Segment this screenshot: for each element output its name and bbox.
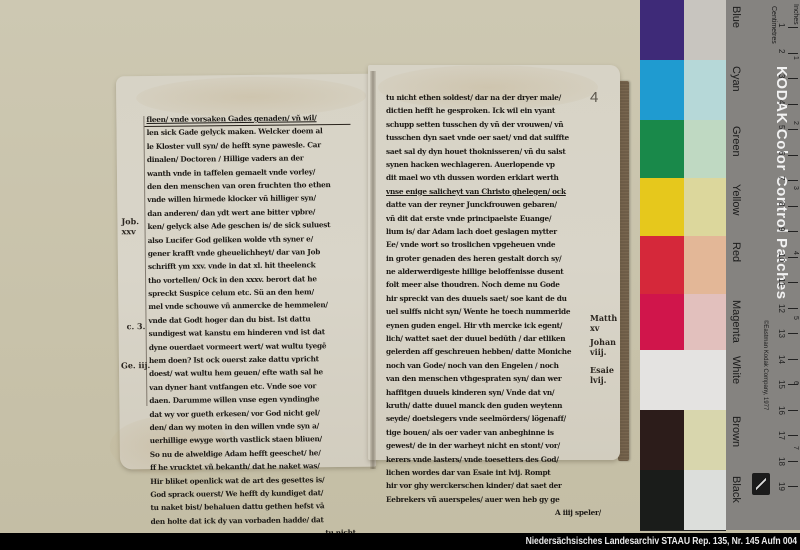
cm-tick-label: 7	[777, 176, 786, 180]
text-line: gewest/ de in der warheyt nicht en stont…	[386, 439, 601, 452]
patch-label-green: Green	[730, 126, 742, 157]
text-line: A iiij speler/	[386, 506, 601, 519]
color-patch-cyan-light	[684, 60, 726, 121]
kodak-color-control-patches: KODAK Color Control Patches ©Eastman Kod…	[640, 0, 800, 533]
text-line: Eebrekers vñ auerspeles/ auer wen heb gy…	[386, 493, 601, 506]
text-line: ken/ gelyck alse Ade geschen is/ de sick…	[147, 218, 352, 234]
text-line: den den menschen van oren fruchten tho e…	[147, 178, 352, 194]
margin-note-job: Job. xxv	[121, 216, 139, 236]
patch-label-black: Black	[730, 476, 742, 503]
patch-label-red: Red	[730, 242, 742, 262]
margin-note-genesis: Ge. iij.	[121, 360, 150, 370]
kodak-copyright: ©Eastman Kodak Company, 1977	[762, 320, 768, 410]
text-line: van den menschen vthgespraten syn/ dan w…	[386, 372, 601, 385]
cm-tick-label: 19	[777, 482, 786, 491]
cm-tick-label: 4	[777, 100, 786, 104]
color-patch-brown-dark	[640, 410, 684, 471]
cm-tick	[788, 78, 798, 79]
inch-tick-label: 7	[792, 446, 799, 450]
text-line: lichen wordes dar van Esaie int lvij. Ro…	[386, 466, 601, 479]
cm-tick	[788, 410, 798, 411]
cm-tick	[788, 27, 798, 28]
patch-label-blue: Blue	[730, 6, 742, 28]
cm-tick	[788, 129, 798, 130]
color-patch-white-light	[684, 350, 726, 411]
cm-tick	[788, 282, 798, 283]
inch-tick-label: 2	[792, 121, 799, 125]
text-line: ne alderwerdigeste hillige beloffenisse …	[386, 265, 601, 278]
text-line: synen hacken wechlageren. Auerlopende vp	[386, 158, 601, 171]
cm-tick-label: 18	[777, 457, 786, 466]
margin-note-sub: viij.	[590, 347, 616, 357]
cm-tick	[788, 155, 798, 156]
margin-note-sub: xv	[590, 323, 617, 333]
color-patch-white-dark	[640, 350, 684, 411]
patch-label-brown: Brown	[730, 416, 742, 447]
cm-tick-label: 6	[777, 151, 786, 155]
color-patch-black-light	[684, 470, 726, 531]
inch-tick-label: 1	[792, 56, 799, 60]
text-line: haffitgen duuels kinderen syn/ Vnde dat …	[386, 386, 601, 399]
text-line: dyne ouerdaet vormeert wert/ wat wultu t…	[149, 339, 354, 355]
archive-caption: Niedersächsisches Landesarchiv STAAU Rep…	[526, 535, 797, 547]
margin-note-esaie: Esaie lvij.	[590, 365, 614, 385]
text-line: hir vor ghy werckerschen kinder/ dat sae…	[386, 479, 601, 492]
cm-tick	[788, 257, 798, 258]
text-line: datte van der reyner Junckfrouwen gebare…	[386, 198, 601, 211]
inch-tick-label: 5	[792, 316, 799, 320]
cm-tick-label: 8	[777, 202, 786, 206]
text-line: folt meer alse thoudren. Noch deme nu Go…	[386, 278, 601, 291]
margin-note-sub: xxv	[122, 226, 140, 236]
text-line: vnse enige salicheyt van Christo ghelege…	[386, 185, 601, 198]
color-patch-brown-light	[684, 410, 726, 471]
inch-tick-label: 3	[792, 186, 799, 190]
text-line: in groter genaden des heren gestalt dorc…	[386, 252, 601, 265]
margin-note-text: Johan	[590, 337, 616, 347]
cm-tick	[788, 486, 798, 487]
cm-tick	[788, 359, 798, 360]
left-page-text: fleen/ vnde vorsaken Gades genaden/ vñ w…	[146, 111, 355, 542]
color-patch-blue-light	[684, 0, 726, 61]
text-line: noch van Gode/ noch van den Engelen / no…	[386, 359, 601, 372]
color-patch-red-dark	[640, 236, 684, 295]
cm-tick	[788, 435, 798, 436]
cm-tick-label: 14	[777, 355, 786, 364]
cm-tick-label: 13	[777, 329, 786, 338]
centimetres-label: Centimetres	[770, 6, 777, 44]
text-line: kerers vnde lasters/ vnde toesetters des…	[386, 453, 601, 466]
margin-note-text: c. 3.	[127, 321, 146, 331]
text-line: kruth/ datte duuel manck den guden weyte…	[386, 399, 601, 412]
inches-label: Inches	[792, 4, 799, 25]
text-line: uel sulffs nicht syn/ Wente he toech num…	[386, 305, 601, 318]
patch-label-yellow: Yellow	[730, 184, 742, 215]
margin-note-c3: c. 3.	[127, 321, 146, 331]
archive-footer-bar: Niedersächsisches Landesarchiv STAAU Rep…	[0, 533, 800, 550]
text-line: dictien hefft he gesproken. Ick wil ein …	[386, 104, 601, 117]
margin-note-text: Esaie	[590, 365, 614, 375]
color-patch-blue-dark	[640, 0, 684, 61]
patch-label-magenta: Magenta	[730, 300, 742, 343]
margin-note-text: Matth	[590, 313, 617, 323]
cm-tick	[788, 333, 798, 334]
kodak-logo-icon	[752, 473, 770, 495]
color-patch-yellow-light	[684, 178, 726, 237]
cm-tick	[788, 231, 798, 232]
cm-tick	[788, 461, 798, 462]
cm-tick-label: 16	[777, 406, 786, 415]
text-line: eynen guden engel. Hir vth mercke ick eg…	[386, 319, 601, 332]
cm-tick-label: 9	[777, 227, 786, 231]
open-book: fleen/ vnde vorsaken Gades genaden/ vñ w…	[118, 65, 628, 470]
color-patch-black-dark	[640, 470, 684, 531]
cm-tick-label: 2	[777, 49, 786, 53]
left-page: fleen/ vnde vorsaken Gades genaden/ vñ w…	[116, 74, 376, 470]
color-patch-magenta-light	[684, 294, 726, 351]
cm-tick-label: 11	[777, 278, 786, 286]
cm-tick-label: 5	[777, 125, 786, 129]
text-line: mel vnde schouwe vñ anmercke de hemmelen…	[148, 298, 353, 314]
text-line: dit mael wo vth dussen worden erklart we…	[386, 171, 601, 184]
text-line: lich/ wattet saet der duuel bedūth / dar…	[386, 332, 601, 345]
text-line: vñ dit dat erste vnde principaelste Euan…	[386, 212, 601, 225]
margin-note-johan: Johan viij.	[590, 337, 616, 357]
text-line: tige bouen/ als oer vader van anbeghinne…	[386, 426, 601, 439]
cm-tick-label: 15	[777, 380, 786, 389]
color-patch-green-light	[684, 120, 726, 179]
cm-tick-label: 1	[777, 23, 786, 27]
color-patch-green-dark	[640, 120, 684, 179]
text-line: Ee/ vnde wort so troslichen vpgeheuen vn…	[386, 238, 601, 251]
cm-tick	[788, 53, 798, 54]
text-line: len sick Gade gelyck maken. Welcker doem…	[146, 124, 351, 140]
color-patch-magenta-dark	[640, 294, 684, 351]
text-line: lium is/ dar Adam lach doet geslagen myt…	[386, 225, 601, 238]
patch-label-white: White	[730, 356, 742, 384]
margin-note-sub: lvij.	[590, 375, 614, 385]
cm-tick	[788, 206, 798, 207]
inch-tick-label: 6	[792, 381, 799, 385]
cm-tick	[788, 104, 798, 105]
patch-label-cyan: Cyan	[730, 66, 742, 92]
color-patch-yellow-dark	[640, 178, 684, 237]
inch-tick-label: 4	[792, 251, 799, 255]
text-line: gelerden aff geschreuen hebben/ datte Mo…	[386, 345, 601, 358]
text-line: tu nicht ethen soldest/ dar na der dryer…	[386, 91, 601, 104]
margin-note-text: Job.	[121, 216, 139, 226]
book-gutter	[370, 71, 376, 469]
color-patch-cyan-dark	[640, 60, 684, 121]
right-page: 4 tu nicht ethen soldest/ dar na der dry…	[368, 65, 620, 460]
text-line: Hir bliket openlick wat de art des geset…	[150, 472, 355, 488]
text-line: tusschen dyn saet vnde oer saet/ vnd dat…	[386, 131, 601, 144]
cm-tick-label: 3	[777, 74, 786, 78]
color-patch-red-light	[684, 236, 726, 295]
cm-tick	[788, 180, 798, 181]
scan-background: fleen/ vnde vorsaken Gades genaden/ vñ w…	[0, 0, 800, 533]
cm-tick-label: 10	[777, 253, 786, 262]
text-line: schupp setten tusschen dy vñ der vrouwen…	[386, 118, 601, 131]
text-line: seyde/ doetslegers vnde seelmörders/ lög…	[386, 412, 601, 425]
cm-tick-label: 17	[777, 431, 786, 440]
cm-tick-label: 12	[777, 304, 786, 313]
cm-tick	[788, 308, 798, 309]
right-page-text: tu nicht ethen soldest/ dar na der dryer…	[386, 91, 601, 520]
margin-note-matth: Matth xv	[590, 313, 617, 333]
text-line: saet sal dy dyn houet thoknisseren/ vñ d…	[386, 145, 601, 158]
margin-note-text: Ge. iij.	[121, 360, 150, 370]
text-line: hir spreckt van des duuels saet/ soe kan…	[386, 292, 601, 305]
